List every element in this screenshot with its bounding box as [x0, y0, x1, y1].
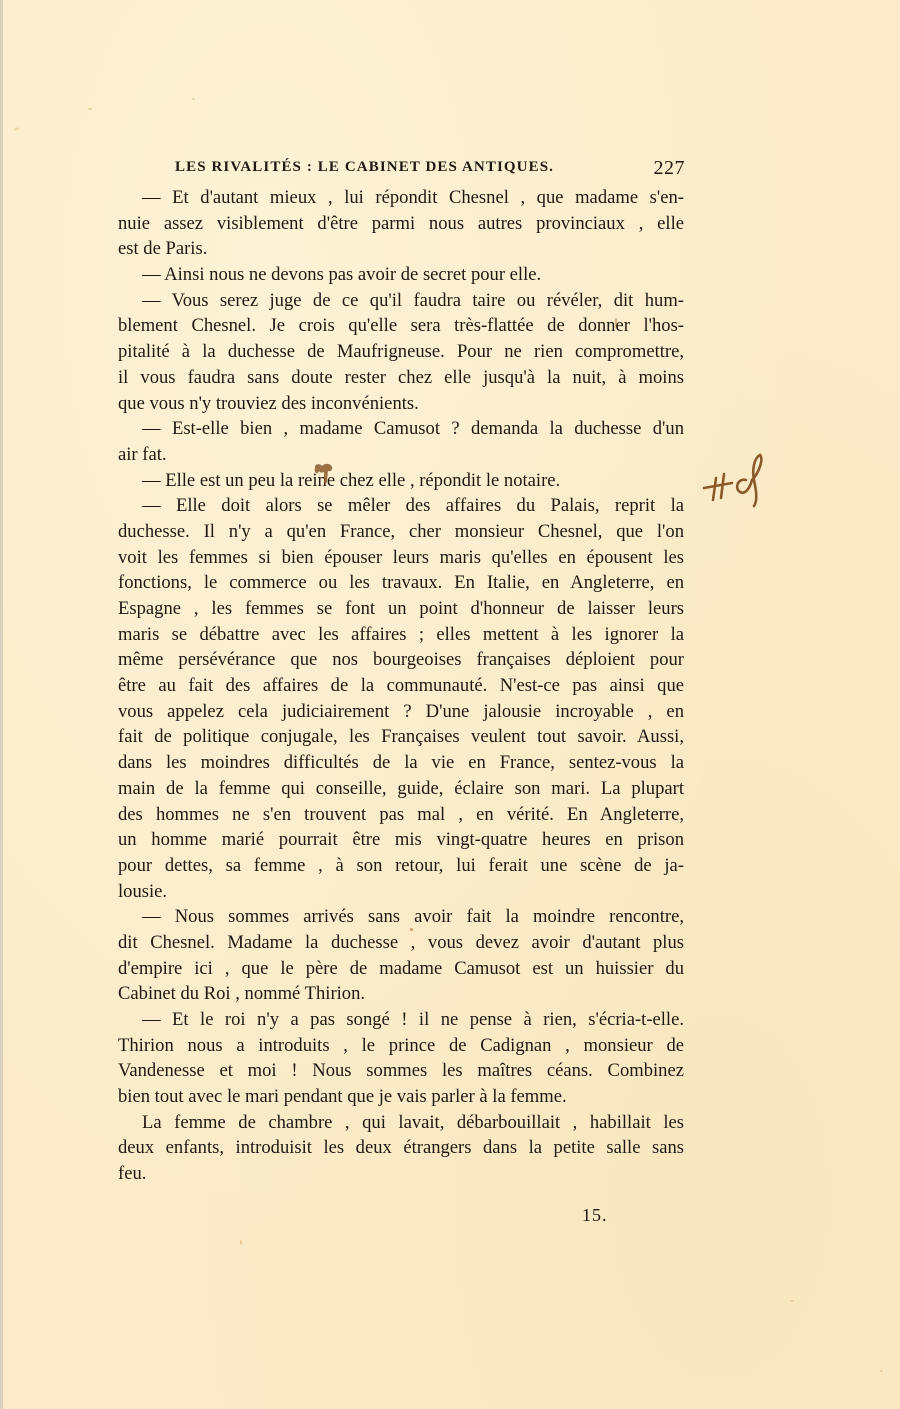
paper-fleck: [192, 98, 195, 100]
signature-mark: 15.: [582, 1205, 608, 1226]
text-line: dit Chesnel. Madame la duchesse , vous d…: [118, 930, 684, 956]
body-text: — Et d'autant mieux , lui répondit Chesn…: [118, 185, 684, 1187]
text-line: Cabinet du Roi , nommé Thirion.: [118, 981, 684, 1007]
text-line: vous appelez cela judiciairement ? D'une…: [118, 699, 684, 725]
text-line: air fat.: [118, 442, 684, 468]
text-line: — Et d'autant mieux , lui répondit Chesn…: [118, 185, 684, 211]
text-line: — Nous sommes arrivés sans avoir fait la…: [118, 904, 684, 930]
ink-stain-icon: [312, 463, 334, 485]
text-line: nuie assez visiblement d'être parmi nous…: [118, 211, 684, 237]
text-line: — Ainsi nous ne devons pas avoir de secr…: [118, 262, 684, 288]
handwritten-annotation-icon: [702, 450, 772, 510]
text-line: bien tout avec le mari pendant que je va…: [118, 1084, 684, 1110]
text-line: duchesse. Il n'y a qu'en France, cher mo…: [118, 519, 684, 545]
text-line: voit les femmes si bien épouser leurs ma…: [118, 545, 684, 571]
text-line: des hommes ne s'en trouvent pas mal , en…: [118, 802, 684, 828]
text-line: pour dettes, sa femme , à son retour, lu…: [118, 853, 684, 879]
text-line: — Et le roi n'y a pas songé ! il ne pens…: [118, 1007, 684, 1033]
text-line: Thirion nous a introduits , le prince de…: [118, 1033, 684, 1059]
book-page: Les Rivalités : Le Cabinet des Antiques.…: [0, 0, 900, 1409]
text-line: lousie.: [118, 879, 684, 905]
text-line: — Elle doit alors se mêler des affaires …: [118, 493, 684, 519]
text-line: un homme marié pourrait être mis vingt-q…: [118, 827, 684, 853]
text-line: — Vous serez juge de ce qu'il faudra tai…: [118, 288, 684, 314]
running-head: Les Rivalités : Le Cabinet des Antiques.…: [175, 157, 685, 183]
text-line: — Elle est un peu la reine chez elle , r…: [118, 468, 684, 494]
text-line: fonctions, le commerce ou les travaux. E…: [118, 570, 684, 596]
paper-fleck: [88, 108, 92, 110]
text-line: maris se débattre avec les affaires ; el…: [118, 622, 684, 648]
text-line: d'empire ici , que le père de madame Cam…: [118, 956, 684, 982]
text-line: Espagne , les femmes se font un point d'…: [118, 596, 684, 622]
paper-fleck: [14, 127, 19, 131]
text-line: Vandenesse et moi ! Nous sommes les maît…: [118, 1058, 684, 1084]
text-line: — Est-elle bien , madame Camusot ? deman…: [118, 416, 684, 442]
text-line: blement Chesnel. Je crois qu'elle sera t…: [118, 313, 684, 339]
text-line: est de Paris.: [118, 236, 684, 262]
paper-fleck: [880, 1370, 883, 1372]
paper-fleck: [240, 1240, 242, 1245]
text-line: pitalité à la duchesse de Maufrigneuse. …: [118, 339, 684, 365]
text-line: fait de politique conjugale, les Françai…: [118, 724, 684, 750]
page-edge-shadow: [0, 0, 3, 1409]
text-line: que vous n'y trouviez des inconvénients.: [118, 391, 684, 417]
text-line: deux enfants, introduisit les deux étran…: [118, 1135, 684, 1161]
text-line: être au fait des affaires de la communau…: [118, 673, 684, 699]
text-line: feu.: [118, 1161, 684, 1187]
text-line: main de la femme qui conseille, guide, é…: [118, 776, 684, 802]
text-line: dans les moindres difficultés de la vie …: [118, 750, 684, 776]
page-number: 227: [654, 157, 686, 180]
running-head-title: Les Rivalités : Le Cabinet des Antiques.: [175, 159, 554, 176]
text-line: La femme de chambre , qui lavait, débarb…: [118, 1110, 684, 1136]
paper-fleck: [790, 1300, 794, 1302]
text-line: même persévérance que nos bourgeoises fr…: [118, 647, 684, 673]
text-line: il vous faudra sans doute rester chez el…: [118, 365, 684, 391]
